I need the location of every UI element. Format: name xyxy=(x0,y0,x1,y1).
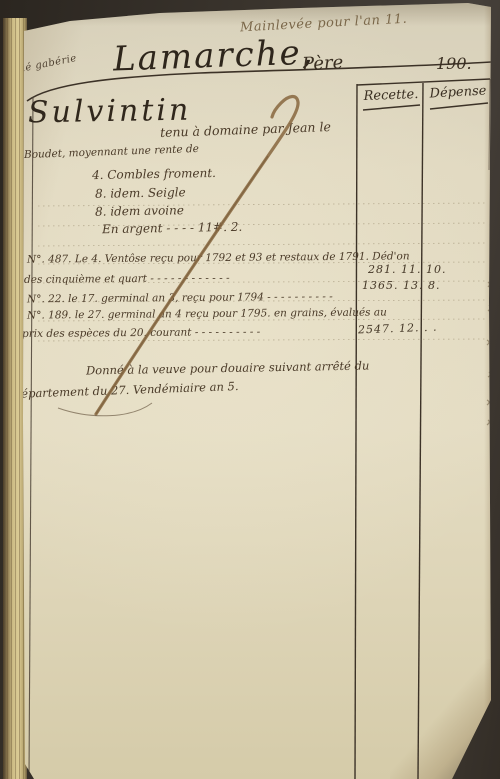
recette-amount: 281. 11. 10. xyxy=(368,263,446,276)
rent-item: 8. idem. Seigle xyxy=(95,185,186,201)
column-header-depense: Dépense xyxy=(428,83,489,101)
paper-right-edge-shading xyxy=(484,0,500,779)
top-marginal-note: Mainlevée pour l'an 11. xyxy=(240,12,408,36)
account-intro-line: Boudet, moyennant une rente de xyxy=(24,143,199,161)
ledger-entry-text: N°. 487. Le 4. Ventôse reçu pour 1792 et… xyxy=(27,250,410,265)
rent-item: En argent - - - - 11#. 2. xyxy=(102,220,242,236)
page-title-name: Lamarche, xyxy=(112,32,315,79)
ledger-entry-text: prix des espèces du 20. courant - - - - … xyxy=(22,326,260,340)
ledger-page: Mainlevée pour l'an 11. Lamarche, Père 1… xyxy=(0,0,500,779)
recette-amount: 2547. 12. . . xyxy=(358,321,438,337)
closing-note: Département du 27. Vendémiaire an 5. xyxy=(12,379,239,401)
column-header-recette: Recette. xyxy=(362,87,420,104)
recette-amount: 1365. 13. 8. xyxy=(362,279,440,292)
page-number: 190. xyxy=(436,54,472,73)
rent-item: 4. Combles froment. xyxy=(92,166,216,182)
folded-corner-shading xyxy=(390,659,500,779)
ledger-entry-text: N°. 189. le 27. germinal an 4 reçu pour … xyxy=(27,306,387,321)
rent-item: 8. idem avoine xyxy=(95,203,184,219)
page-title-suffix: Père xyxy=(301,52,343,75)
ledger-entry-text: N°. 22. le 17. germinal an 3, reçu pour … xyxy=(27,291,333,306)
closing-note: Donné à la veuve pour douaire suivant ar… xyxy=(86,359,370,378)
ledger-entry-text: des cinquième et quart - - - - - - - - -… xyxy=(24,272,230,286)
manuscript-photo: Mainlevée pour l'an 11. Lamarche, Père 1… xyxy=(0,0,500,779)
